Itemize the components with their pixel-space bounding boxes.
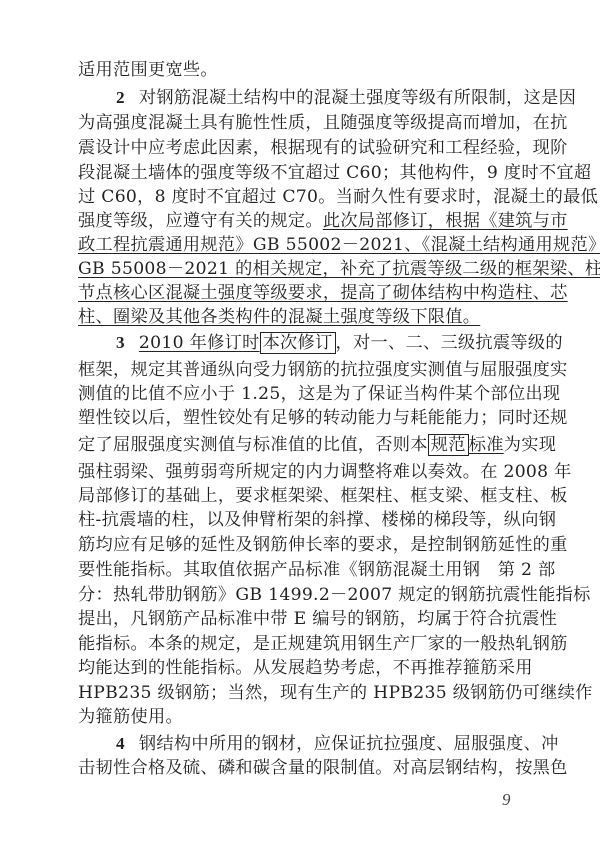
text-segment: 塑性铰以后，塑性铰处有足够的转动能力与耗能能力；同时还规	[78, 408, 568, 428]
text-segment: 为高强度混凝土具有脆性性质，且随强度等级提高而增加，在抗	[78, 113, 568, 133]
text-line: 击韧性合格及硫、磷和碳含量的限制值。对高层钢结构，按黑色	[78, 756, 522, 780]
text-line: 定了屈服强度实测值与标准值的比值，否则本规范标准为实现	[78, 433, 522, 457]
text-segment: 局部修订的基础上，要求框架梁、框架柱、框支梁、框支柱、板	[78, 486, 568, 506]
text-segment: 能指标。本条的规定，是正规建筑用钢生产厂家的一般热轧钢筋	[78, 634, 568, 654]
text-line: 测值的比值不应小于 1.25，这是为了保证当构件某个部位出现	[78, 382, 522, 406]
paragraph-3-start: 32010 年修订时本次修订，对一、二、三级抗震等级的	[78, 331, 522, 355]
paragraph-number: 3	[116, 333, 125, 352]
text-segment: 为实现	[504, 435, 556, 455]
text-segment: 击韧性合格及硫、磷和碳含量的限制值。对高层钢结构，按黑色	[78, 758, 568, 778]
text-segment: 强度等级，应遵守有关的规定。	[78, 211, 323, 231]
text-segment: 震设计中应考虑此因素，根据现有的试验研究和工程经验，现阶	[78, 138, 568, 158]
text-line: 为高强度混凝土具有脆性性质，且随强度等级提高而增加，在抗	[78, 111, 522, 135]
revised-text-underline: 政工程抗震通用规范》GB 55002－2021、《混凝土结构通用规范》	[78, 235, 600, 255]
document-page: 适用范围更宽些。 2对钢筋混凝土结构中的混凝土强度等级有所限制，这是因 为高强度…	[0, 0, 600, 868]
text-segment: HPB235 级钢筋；当然，现有生产的 HPB235 级钢筋仍可继续作	[78, 683, 593, 703]
text-line: 要性能指标。其取值依据产品标准《钢筋混凝土用钢 第 2 部	[78, 558, 522, 582]
text-line: 柱-抗震墙的柱，以及伸臂桁架的斜撑、楼梯的梯段等，纵向钢	[78, 508, 522, 532]
text-segment: 柱-抗震墙的柱，以及伸臂桁架的斜撑、楼梯的梯段等，纵向钢	[78, 510, 556, 530]
text-segment: ，对一、二、三级抗震等级的	[336, 333, 563, 353]
text-line: 过 C60，8 度时不宜超过 C70。当耐久性有要求时，混凝土的最低	[78, 185, 522, 209]
text-line: HPB235 级钢筋；当然，现有生产的 HPB235 级钢筋仍可继续作	[78, 681, 522, 705]
text-line: 分：热轧带肋钢筋》GB 1499.2－2007 规定的钢筋抗震性能指标	[78, 583, 522, 607]
revised-text-underline: GB 55008－2021 的相关规定，补充了抗震等级二级的框架梁、柱、	[78, 259, 600, 279]
page-number: 9	[502, 790, 511, 810]
text-line: 柱、圈梁及其他各类构件的混凝土强度等级下限值。	[78, 305, 522, 329]
text-segment: 强柱弱梁、强剪弱弯所规定的内力调整将难以奏效。在 2008 年	[78, 462, 572, 482]
paragraph-2-start: 2对钢筋混凝土结构中的混凝土强度等级有所限制，这是因	[78, 86, 522, 110]
text-line: 筋均应有足够的延性及钢筋伸长率的要求，是控制钢筋延性的重	[78, 533, 522, 557]
revised-text-underline: 此次局部修订，根据《建筑与市	[323, 211, 568, 231]
text-line: 提出，凡钢筋产品标准中带 E 编号的钢筋，均属于符合抗震性	[78, 607, 522, 631]
text-line: 局部修订的基础上，要求框架梁、框架柱、框支梁、框支柱、板	[78, 484, 522, 508]
text-segment: 要性能指标。其取值依据产品标准《钢筋混凝土用钢 第 2 部	[78, 560, 555, 580]
text-line: 节点核心区混凝土强度等级要求，提高了砌体结构中构造柱、芯	[78, 281, 522, 305]
revised-text-underline: 柱、圈梁及其他各类构件的混凝土强度等级下限值。	[78, 307, 480, 327]
text-segment: 过 C60，8 度时不宜超过 C70。当耐久性有要求时，混凝土的最低	[78, 187, 598, 207]
text-segment: 定了屈服强度实测值与标准值的比值，否则本	[78, 435, 428, 455]
text-line: 强度等级，应遵守有关的规定。此次局部修订，根据《建筑与市	[78, 209, 522, 233]
text-line: 政工程抗震通用规范》GB 55002－2021、《混凝土结构通用规范》	[78, 233, 522, 257]
text-line: 段混凝土墙体的强度等级不宜超过 C60；其他构件，9 度时不宜超	[78, 161, 522, 185]
text-segment: 均能达到的性能指标。从发展趋势考虑，不再推荐箍筋采用	[78, 658, 533, 678]
inserted-text-box: 本次修订	[260, 332, 336, 354]
inserted-text-box: 规范	[428, 434, 469, 456]
text-segment: 对钢筋混凝土结构中的混凝土强度等级有所限制，这是因	[139, 88, 576, 108]
text-segment: 筋均应有足够的延性及钢筋伸长率的要求，是控制钢筋延性的重	[78, 535, 568, 555]
text-line: 框架，规定其普通纵向受力钢筋的抗拉强度实测值与屈服强度实	[78, 358, 522, 382]
text-line: 震设计中应考虑此因素，根据现有的试验研究和工程经验，现阶	[78, 136, 522, 160]
text-line: 能指标。本条的规定，是正规建筑用钢生产厂家的一般热轧钢筋	[78, 632, 522, 656]
text-segment: 测值的比值不应小于 1.25，这是为了保证当构件某个部位出现	[78, 384, 560, 404]
text-segment: 钢结构中所用的钢材，应保证抗拉强度、屈服强度、冲	[139, 734, 559, 754]
text-line: 均能达到的性能指标。从发展趋势考虑，不再推荐箍筋采用	[78, 656, 522, 680]
text-segment: 段混凝土墙体的强度等级不宜超过 C60；其他构件，9 度时不宜超	[78, 163, 591, 183]
paragraph-number: 4	[116, 734, 125, 753]
text-line: 强柱弱梁、强剪弱弯所规定的内力调整将难以奏效。在 2008 年	[78, 460, 522, 484]
deleted-text-underline: 2010 年修订时	[139, 333, 260, 353]
text-line: 适用范围更宽些。	[78, 58, 522, 82]
text-line: 为箍筋使用。	[78, 705, 522, 729]
revised-text-underline: 节点核心区混凝土强度等级要求，提高了砌体结构中构造柱、芯	[78, 283, 568, 303]
text-segment: 为箍筋使用。	[78, 707, 183, 727]
text-segment: 适用范围更宽些。	[78, 60, 218, 80]
text-segment: 提出，凡钢筋产品标准中带 E 编号的钢筋，均属于符合抗震性	[78, 609, 557, 629]
paragraph-number: 2	[116, 88, 125, 107]
text-line: GB 55008－2021 的相关规定，补充了抗震等级二级的框架梁、柱、	[78, 257, 522, 281]
paragraph-4-start: 4钢结构中所用的钢材，应保证抗拉强度、屈服强度、冲	[78, 732, 522, 756]
text-segment: 分：热轧带肋钢筋》GB 1499.2－2007 规定的钢筋抗震性能指标	[78, 585, 591, 605]
text-segment: 框架，规定其普通纵向受力钢筋的抗拉强度实测值与屈服强度实	[78, 360, 568, 380]
deleted-text-underline: 标准	[469, 435, 504, 455]
text-line: 塑性铰以后，塑性铰处有足够的转动能力与耗能能力；同时还规	[78, 406, 522, 430]
